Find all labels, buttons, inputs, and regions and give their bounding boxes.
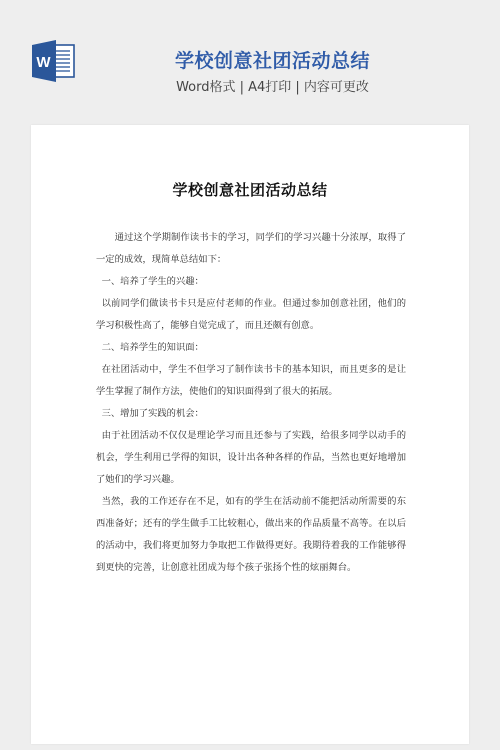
paragraph-conclusion: 当然，我的工作还存在不足，如有的学生在活动前不能把活动所需要的东西准备好；还有的… bbox=[96, 491, 406, 579]
header-title: 学校创意社团活动总结 bbox=[160, 46, 385, 73]
svg-text:W: W bbox=[36, 54, 51, 71]
header-banner: W 学校创意社团活动总结 Word格式 | A4打印 | 内容可更改 bbox=[0, 0, 500, 125]
paragraph-section-1: 以前同学们做读书卡只是应付老师的作业。但通过参加创意社团，他们的学习积极性高了，… bbox=[96, 293, 406, 337]
document-title: 学校创意社团活动总结 bbox=[31, 179, 469, 200]
section-heading-3: 三、增加了实践的机会： bbox=[96, 403, 406, 425]
word-icon: W bbox=[32, 40, 76, 82]
header-subtitle: Word格式 | A4打印 | 内容可更改 bbox=[160, 76, 385, 95]
section-heading-2: 二、培养学生的知识面： bbox=[96, 337, 406, 359]
paragraph-section-2: 在社团活动中，学生不但学习了制作读书卡的基本知识，而且更多的是让学生掌握了制作方… bbox=[96, 359, 406, 403]
paragraph-intro: 通过这个学期制作读书卡的学习，同学们的学习兴趣十分浓厚，取得了一定的成效，现简单… bbox=[96, 227, 406, 271]
document-body: 通过这个学期制作读书卡的学习，同学们的学习兴趣十分浓厚，取得了一定的成效，现简单… bbox=[96, 227, 406, 579]
paragraph-section-3: 由于社团活动不仅仅是理论学习而且还参与了实践，给很多同学以动手的机会，学生利用已… bbox=[96, 425, 406, 491]
section-heading-1: 一、培养了学生的兴趣： bbox=[96, 271, 406, 293]
document-page: 学校创意社团活动总结 通过这个学期制作读书卡的学习，同学们的学习兴趣十分浓厚，取… bbox=[31, 125, 469, 744]
